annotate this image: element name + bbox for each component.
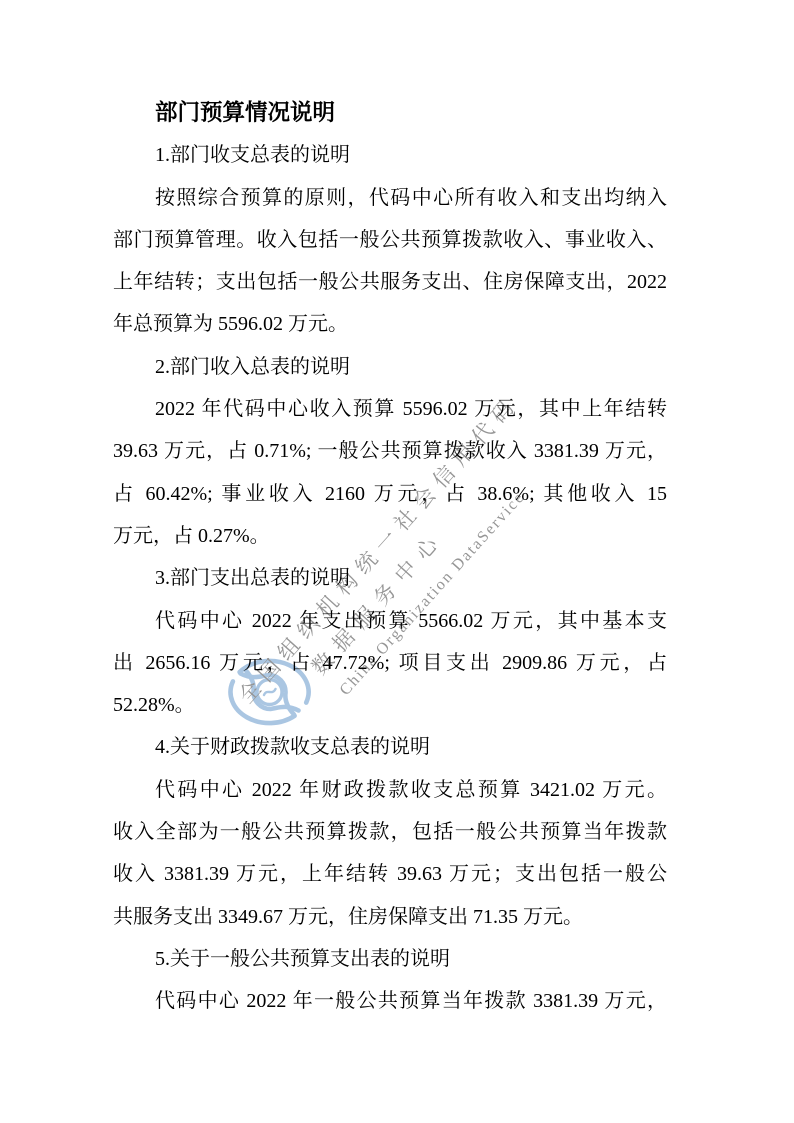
body-line: 万元，占 0.27%。: [113, 515, 667, 557]
page: 全国组织机构统一社会信用代码 数据服务中心 China Organization…: [0, 0, 794, 1123]
body-line: 39.63 万元，占 0.71%; 一般公共预算拨款收入 3381.39 万元，: [113, 430, 667, 472]
body-line: 收入 3381.39 万元，上年结转 39.63 万元；支出包括一般公: [113, 853, 667, 895]
section-4-heading: 4.关于财政拨款收支总表的说明: [113, 726, 667, 768]
section-1-heading: 1.部门收支总表的说明: [113, 134, 667, 176]
section-3-heading: 3.部门支出总表的说明: [113, 557, 667, 599]
body-line: 代码中心 2022 年支出预算 5566.02 万元，其中基本支: [113, 600, 667, 642]
section-2-heading: 2.部门收入总表的说明: [113, 346, 667, 388]
body-line: 年总预算为 5596.02 万元。: [113, 303, 667, 345]
body-line: 出 2656.16 万元，占 47.72%; 项目支出 2909.86 万元，占: [113, 642, 667, 684]
body-line: 按照综合预算的原则，代码中心所有收入和支出均纳入: [113, 177, 667, 219]
body-line: 收入全部为一般公共预算拨款，包括一般公共预算当年拨款: [113, 811, 667, 853]
section-5-heading: 5.关于一般公共预算支出表的说明: [113, 938, 667, 980]
body-line: 代码中心 2022 年一般公共预算当年拨款 3381.39 万元，: [113, 980, 667, 1022]
body-line: 占 60.42%; 事业收入 2160 万元，占 38.6%; 其他收入 15: [113, 473, 667, 515]
document-body: 部门预算情况说明 1.部门收支总表的说明 按照综合预算的原则，代码中心所有收入和…: [113, 92, 667, 1023]
body-line: 部门预算管理。收入包括一般公共预算拨款收入、事业收入、: [113, 219, 667, 261]
doc-title: 部门预算情况说明: [113, 92, 667, 134]
body-line: 上年结转；支出包括一般公共服务支出、住房保障支出，2022: [113, 261, 667, 303]
body-line: 2022 年代码中心收入预算 5596.02 万元，其中上年结转: [113, 388, 667, 430]
body-line: 52.28%。: [113, 684, 667, 726]
body-line: 共服务支出 3349.67 万元，住房保障支出 71.35 万元。: [113, 896, 667, 938]
body-line: 代码中心 2022 年财政拨款收支总预算 3421.02 万元。: [113, 769, 667, 811]
